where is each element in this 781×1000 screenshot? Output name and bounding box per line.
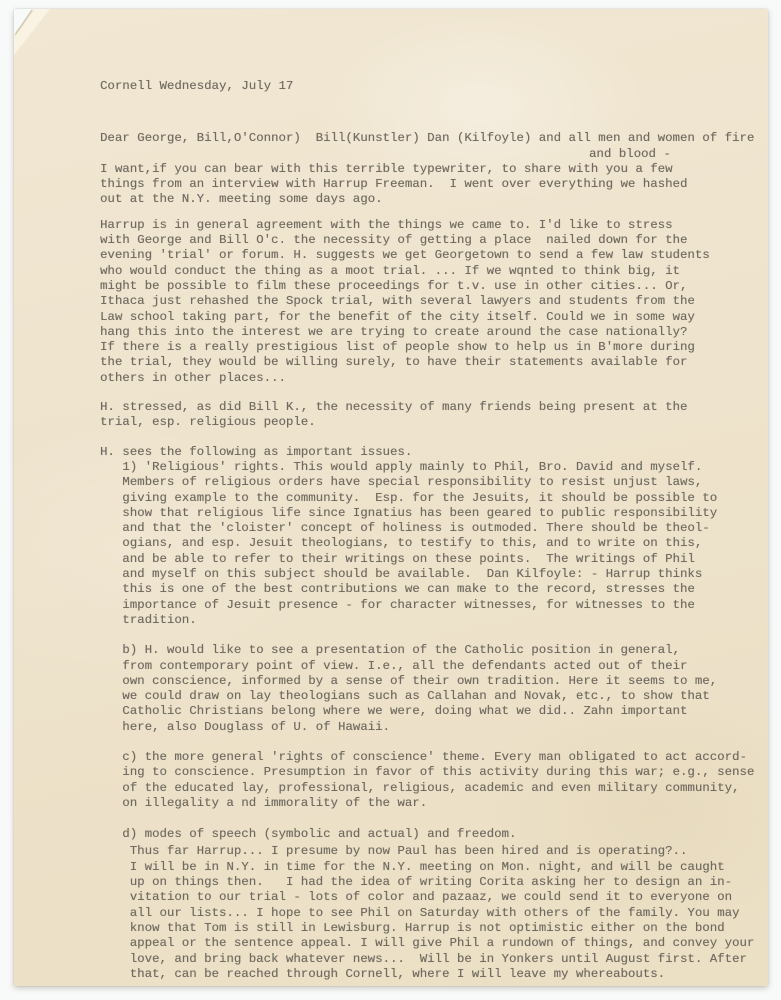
paragraph-intro: I want,if you can bear with this terribl… bbox=[100, 162, 768, 208]
typewritten-text: Cornell Wednesday, July 17 Dear George, … bbox=[100, 79, 768, 982]
paragraph-closing: Thus far Harrup... I presume by now Paul… bbox=[100, 844, 768, 982]
paragraph-item-b: b) H. would like to see a presentation o… bbox=[100, 643, 768, 735]
salutation-continuation: and blood - bbox=[100, 147, 768, 162]
paragraph-item-c: c) the more general 'rights of conscienc… bbox=[100, 750, 768, 811]
page-corner-fold bbox=[14, 9, 32, 35]
date-line: Cornell Wednesday, July 17 bbox=[100, 79, 768, 94]
paragraph-issues-item-1: H. sees the following as important issue… bbox=[100, 445, 768, 629]
letter-page: Cornell Wednesday, July 17 Dear George, … bbox=[14, 9, 768, 986]
paragraph-harrup-agreement: Harrup is in general agreement with the … bbox=[100, 218, 768, 386]
scan-background: Cornell Wednesday, July 17 Dear George, … bbox=[0, 0, 781, 1000]
paragraph-item-d: d) modes of speech (symbolic and actual)… bbox=[100, 827, 768, 842]
salutation-line: Dear George, Bill,O'Connor) Bill(Kunstle… bbox=[100, 131, 768, 146]
paragraph-friends-present: H. stressed, as did Bill K., the necessi… bbox=[100, 400, 768, 431]
